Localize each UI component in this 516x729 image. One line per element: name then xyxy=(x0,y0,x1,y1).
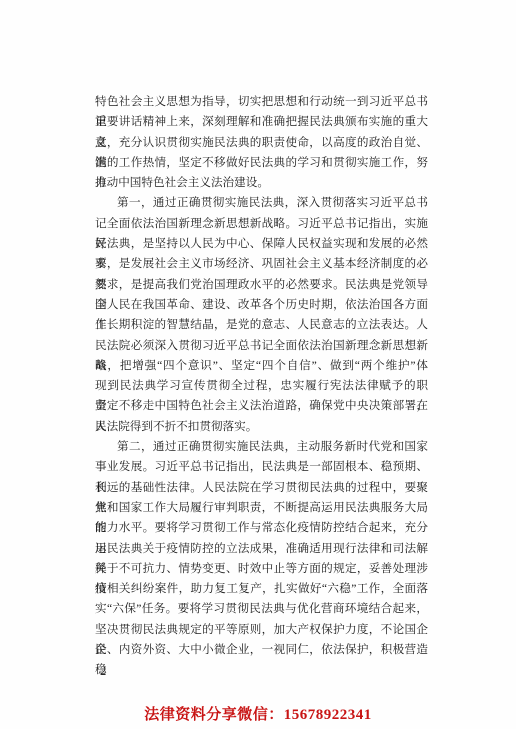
text-line: 事业发展。习近平总书记指出，民法典是一部固根本、稳预期、利 xyxy=(95,457,428,477)
text-line: 要求，是提高我们党治国理政水平的必然要求。民法典是党领导全 xyxy=(95,275,428,295)
text-line: 作长期积淀的智慧结晶，是党的意志、人民意志的立法表达。人 xyxy=(95,315,428,335)
text-line: 坚决贯彻民法典规定的平等原则，加大产权保护力度，不论国企民 xyxy=(95,620,428,640)
text-line: 企、内资外资、大中小微企业，一视同仁，依法保护，积极营造稳 xyxy=(95,640,428,660)
text-line: 长远的基础性法律。人民法院在学习贯彻民法典的过程中，要聚焦 xyxy=(95,478,428,498)
document-page: 特色社会主义思想为指导，切实把思想和行动统一到习近平总书记重要讲话精神上来，深刻… xyxy=(0,0,516,729)
text-line: 民法典，是坚持以人民为中心、保障人民权益实现和发展的必然要 xyxy=(95,234,428,254)
text-line: 能力水平。要将学习贯彻工作与常态化疫情防控结合起来，充分运 xyxy=(95,518,428,538)
text-line: 实“六保”任务。要将学习贯彻民法典与优化营商环境结合起来， xyxy=(95,599,428,619)
text-line: 满的工作热情，坚定不移做好民法典的学习和贯彻实施工作，努力 xyxy=(95,153,428,173)
watermark-text: 法律资料分享微信：15678922341 xyxy=(0,703,516,724)
text-line: 求，是发展社会主义市场经济、巩固社会主义基本经济制度的必然 xyxy=(95,254,428,274)
text-line: 义，充分认识贯彻实施民法典的职责使命，以高度的政治自觉、饱 xyxy=(95,133,428,153)
text-line: 第二，通过正确贯彻实施民法典，主动服务新时代党和国家 xyxy=(95,437,428,457)
text-line: 重要讲话精神上来，深刻理解和准确把握民法典颁布实施的重大意 xyxy=(95,112,428,132)
body-text: 特色社会主义思想为指导，切实把思想和行动统一到习近平总书记重要讲话精神上来，深刻… xyxy=(95,92,428,660)
page-number: 2 xyxy=(100,664,106,679)
text-line: 民法院得到不折不扣贯彻落实。 xyxy=(95,417,428,437)
text-line: 党和国家工作大局履行审判职责，不断提高运用民法典服务大局的 xyxy=(95,498,428,518)
text-line: 略，把增强“四个意识”、坚定“四个自信”、做到“两个维护”体 xyxy=(95,356,428,376)
text-line: 情相关纠纷案件，助力复工复产，扎实做好“六稳”工作，全面落 xyxy=(95,579,428,599)
text-line: 第一，通过正确贯彻实施民法典，深入贯彻落实习近平总书 xyxy=(95,193,428,213)
text-line: 关于不可抗力、情势变更、时效中止等方面的规定，妥善处理涉疫 xyxy=(95,559,428,579)
text-line: 特色社会主义思想为指导，切实把思想和行动统一到习近平总书记 xyxy=(95,92,428,112)
text-line: 坚定不移走中国特色社会主义法治道路，确保党中央决策部署在人 xyxy=(95,396,428,416)
text-line: 推动中国特色社会主义法治建设。 xyxy=(95,173,428,193)
text-line: 现到民法典学习宣传贯彻全过程，忠实履行宪法法律赋予的职责， xyxy=(95,376,428,396)
text-line: 记全面依法治国新理念新思想新战略。习近平总书记指出，实施好 xyxy=(95,214,428,234)
text-line: 民法院必须深入贯彻习近平总书记全面依法治国新理念新思想新战 xyxy=(95,336,428,356)
text-line: 国人民在我国革命、建设、改革各个历史时期，依法治国各方面工 xyxy=(95,295,428,315)
text-line: 用民法典关于疫情防控的立法成果，准确适用现行法律和司法解释 xyxy=(95,539,428,559)
